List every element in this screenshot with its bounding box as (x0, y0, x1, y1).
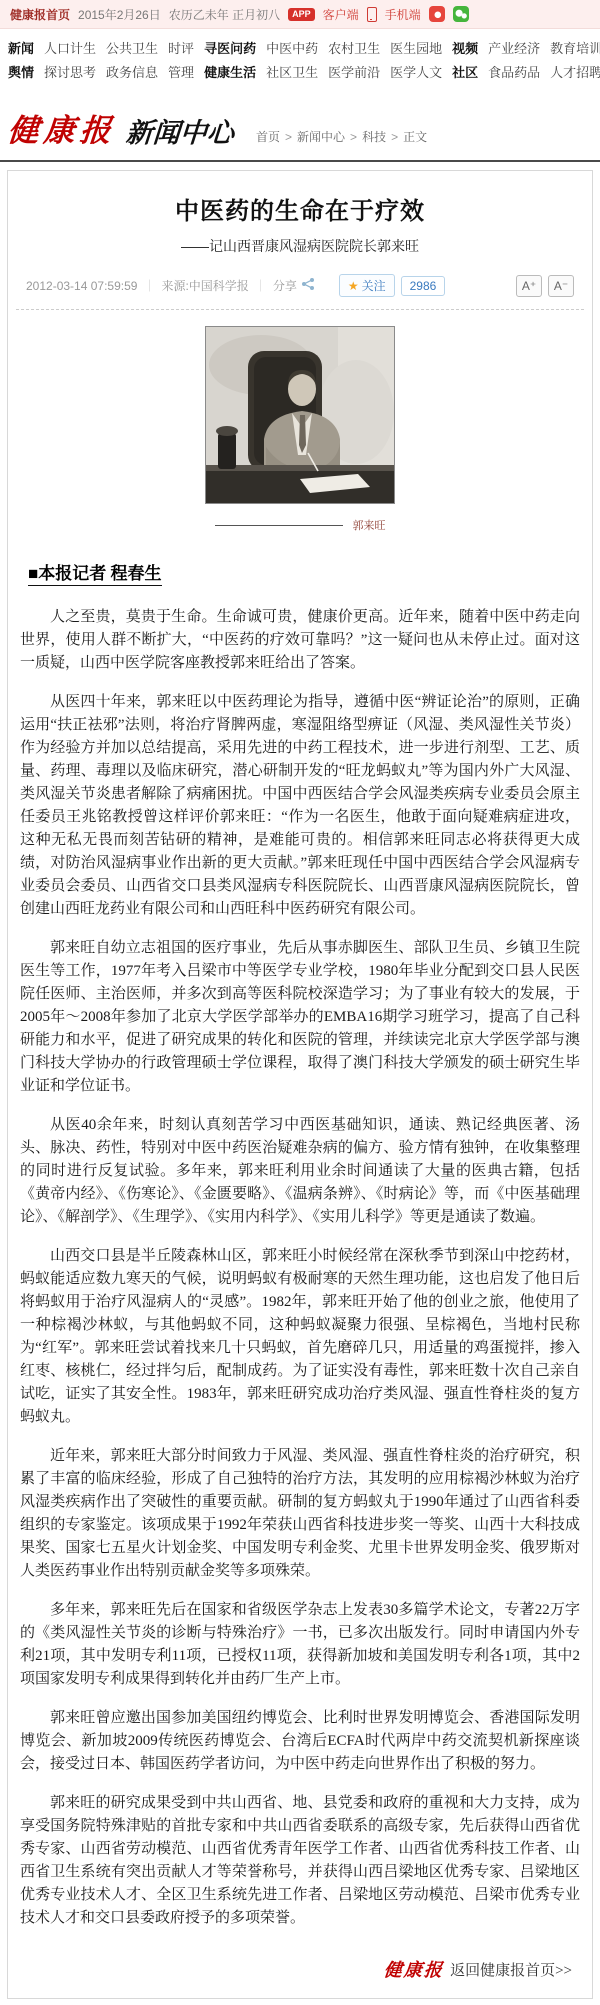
source-label: 来源:中国科学报 (161, 277, 248, 294)
main-nav: 新闻人口计生公共卫生时评寻医问药中医中药农村卫生医生园地视频产业经济教育培训 舆… (0, 29, 600, 91)
article-paragraph: 从医40余年来，时刻认真刻苦学习中西医基础知识，通读、熟记经典医著、汤头、脉决、… (20, 1114, 580, 1229)
page: 健康报首页 2015年2月26日 农历乙未年 正月初八 APP 客户端 手机端 … (0, 0, 600, 2005)
article-subtitle: ——记山西晋康风湿病医院院长郭来旺 (16, 236, 584, 256)
nav-item[interactable]: 公共卫生 (106, 37, 158, 61)
home-link[interactable]: 健康报首页 (10, 6, 70, 23)
date-text: 2015年2月26日 (78, 6, 161, 23)
reporter-byline: ■本报记者 程春生 (28, 559, 584, 584)
site-logo[interactable]: 健康报 (6, 105, 118, 150)
nav-item[interactable]: 社区 (452, 61, 478, 85)
nav-item[interactable]: 农村卫生 (328, 37, 380, 61)
article-paragraph: 郭来旺的研究成果受到中共山西省、地、县党委和政府的重视和大力支持，成为享受国务院… (20, 1792, 580, 1930)
article-paragraph: 郭来旺自幼立志祖国的医疗事业，先后从事赤脚医生、部队卫生员、乡镇卫生院医生等工作… (20, 937, 580, 1098)
nav-item[interactable]: 时评 (168, 37, 194, 61)
section-title: 新闻中心 (125, 111, 236, 150)
breadcrumb: 首页>新闻中心>科技>正文 (256, 128, 427, 145)
breadcrumb-item[interactable]: 科技 (362, 130, 386, 144)
caption-line (215, 525, 343, 526)
font-size-controls: A⁺ A⁻ (516, 275, 574, 297)
footer-logo: 健康报 (383, 1956, 445, 1982)
lunar-date-text: 农历乙未年 正月初八 (169, 6, 280, 23)
follow-label: 关注 (362, 277, 386, 294)
breadcrumb-separator: > (391, 130, 398, 144)
share-label[interactable]: 分享 (273, 277, 297, 294)
breadcrumb-item: 正文 (403, 130, 427, 144)
back-to-home-link[interactable]: 返回健康报首页>> (450, 1959, 572, 1980)
topbar: 健康报首页 2015年2月26日 农历乙未年 正月初八 APP 客户端 手机端 (0, 0, 600, 29)
mobile-site-link[interactable]: 手机端 (385, 6, 421, 23)
portrait-photo (205, 326, 395, 504)
nav-item[interactable]: 舆情 (8, 61, 34, 85)
nav-item[interactable]: 医学人文 (390, 61, 442, 85)
article-container: 中医药的生命在于疗效 ——记山西晋康风湿病医院院长郭来旺 2012-03-14 … (7, 170, 593, 1999)
photo-caption: 郭来旺 (353, 517, 386, 533)
nav-item[interactable]: 管理 (168, 61, 194, 85)
nav-item[interactable]: 寻医问药 (204, 37, 256, 61)
nav-item[interactable]: 人口计生 (44, 37, 96, 61)
nav-item[interactable]: 探讨思考 (44, 61, 96, 85)
article-paragraph: 近年来，郭来旺大部分时间致力于风湿、类风湿、强直性脊柱炎的治疗研究，积累了丰富的… (20, 1445, 580, 1583)
font-larger-button[interactable]: A⁺ (516, 275, 542, 297)
masthead: 健康报 新闻中心 首页>新闻中心>科技>正文 (0, 91, 600, 160)
nav-item[interactable]: 食品药品 (488, 61, 540, 85)
article-paragraph: 人之至贵，莫贵于生命。生命诚可贵，健康价更高。近年来，随着中医中药走向世界，使用… (20, 606, 580, 675)
nav-item[interactable]: 视频 (452, 37, 478, 61)
article-paragraph: 山西交口县是半丘陵森林山区，郭来旺小时候经常在深秋季节到深山中挖药材，蚂蚁能适应… (20, 1245, 580, 1429)
nav-item[interactable]: 健康生活 (204, 61, 256, 85)
reporter-byline-text: ■本报记者 程春生 (28, 564, 162, 586)
meta-separator: ｜ (143, 277, 155, 294)
wechat-icon[interactable] (453, 6, 469, 22)
nav-item[interactable]: 产业经济 (488, 37, 540, 61)
article-title: 中医药的生命在于疗效 (16, 191, 584, 226)
share-icon[interactable] (301, 277, 315, 294)
nav-item[interactable]: 新闻 (8, 37, 34, 61)
article-paragraph: 郭来旺曾应邀出国参加美国纽约博览会、比利时世界发明博览会、香港国际发明博览会、新… (20, 1707, 580, 1776)
meta-separator: ｜ (255, 277, 267, 294)
article-body: 人之至贵，莫贵于生命。生命诚可贵，健康价更高。近年来，随着中医中药走向世界，使用… (16, 606, 584, 1930)
app-icon[interactable]: APP (288, 8, 315, 21)
article-footer: 健康报 返回健康报首页>> (16, 1956, 572, 1982)
follow-count-badge[interactable]: 2986 (401, 276, 446, 296)
article-paragraph: 多年来，郭来旺先后在国家和省级医学杂志上发表30多篇学术论文，专著22万字的《类… (20, 1599, 580, 1691)
nav-item[interactable]: 医生园地 (390, 37, 442, 61)
nav-item[interactable]: 人才招聘 (550, 61, 600, 85)
breadcrumb-separator: > (350, 130, 357, 144)
mobile-phone-icon (367, 7, 377, 22)
breadcrumb-separator: > (285, 130, 292, 144)
font-smaller-button[interactable]: A⁻ (548, 275, 574, 297)
photo-caption-row: 郭来旺 (16, 517, 584, 533)
publish-datetime: 2012-03-14 07:59:59 (26, 279, 137, 293)
app-client-link[interactable]: 客户端 (323, 6, 359, 23)
nav-row-primary: 新闻人口计生公共卫生时评寻医问药中医中药农村卫生医生园地视频产业经济教育培训 (8, 37, 592, 61)
article-meta: 2012-03-14 07:59:59 ｜ 来源:中国科学报 ｜ 分享 ★ 关注… (16, 270, 584, 310)
breadcrumb-item[interactable]: 新闻中心 (297, 130, 345, 144)
nav-item[interactable]: 医学前沿 (328, 61, 380, 85)
nav-row-secondary: 舆情探讨思考政务信息管理健康生活社区卫生医学前沿医学人文社区食品药品人才招聘 (8, 61, 592, 85)
article-paragraph: 从医四十年来，郭来旺以中医药理论为指导，遵循中医“辨证论治”的原则，正确运用“扶… (20, 691, 580, 921)
nav-item[interactable]: 教育培训 (550, 37, 600, 61)
follow-button[interactable]: ★ 关注 (339, 274, 395, 297)
nav-item[interactable]: 中医中药 (266, 37, 318, 61)
star-icon: ★ (348, 279, 359, 293)
photo-block: 郭来旺 (16, 326, 584, 533)
breadcrumb-item[interactable]: 首页 (256, 130, 280, 144)
masthead-divider (0, 160, 600, 162)
nav-item[interactable]: 社区卫生 (266, 61, 318, 85)
nav-item[interactable]: 政务信息 (106, 61, 158, 85)
weibo-icon[interactable] (429, 6, 445, 22)
